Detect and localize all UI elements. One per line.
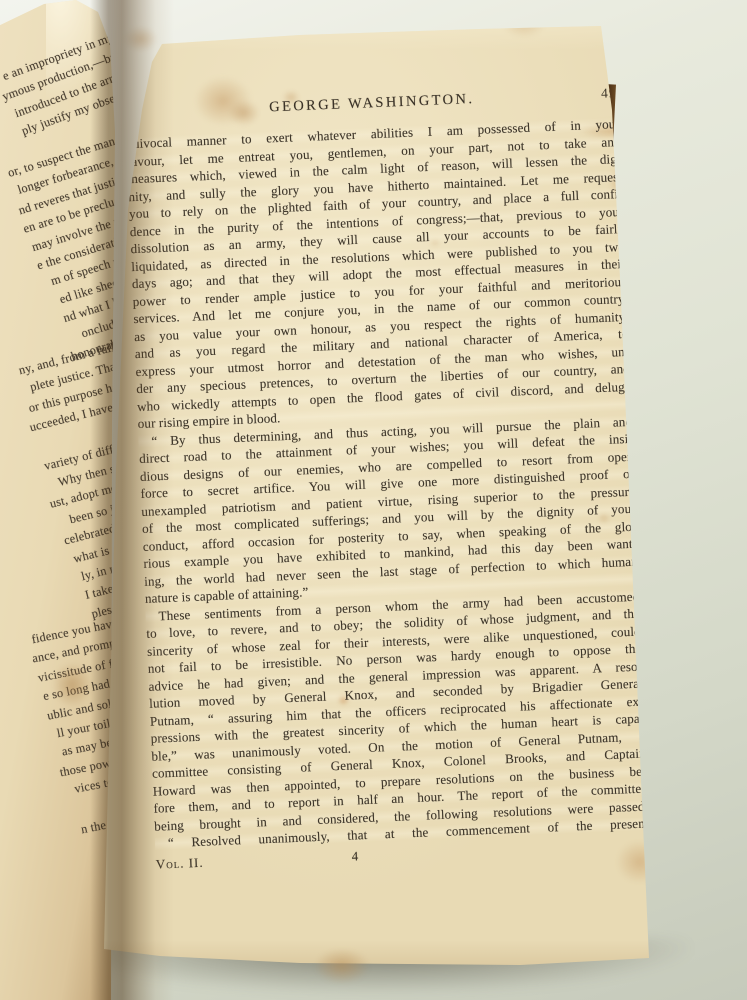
foxing-stain bbox=[502, 8, 546, 38]
foxing-stain bbox=[124, 26, 158, 52]
foxing-stain bbox=[644, 330, 668, 352]
footer-volume: Vol. II. bbox=[155, 854, 203, 871]
running-title: GEORGE WASHINGTON. bbox=[269, 91, 475, 115]
footer-signature: 4 bbox=[351, 848, 358, 864]
body-text: quivocal manner to exert whatever abilit… bbox=[126, 115, 649, 852]
book-photo: e an impropriety in myymous production,—… bbox=[0, 0, 747, 1000]
text-block: GEORGE WASHINGTON. 49 quivocal manner to… bbox=[109, 84, 656, 873]
left-page: e an impropriety in myymous production,—… bbox=[0, 0, 120, 1000]
page-header: GEORGE WASHINGTON. 49 bbox=[125, 84, 619, 122]
